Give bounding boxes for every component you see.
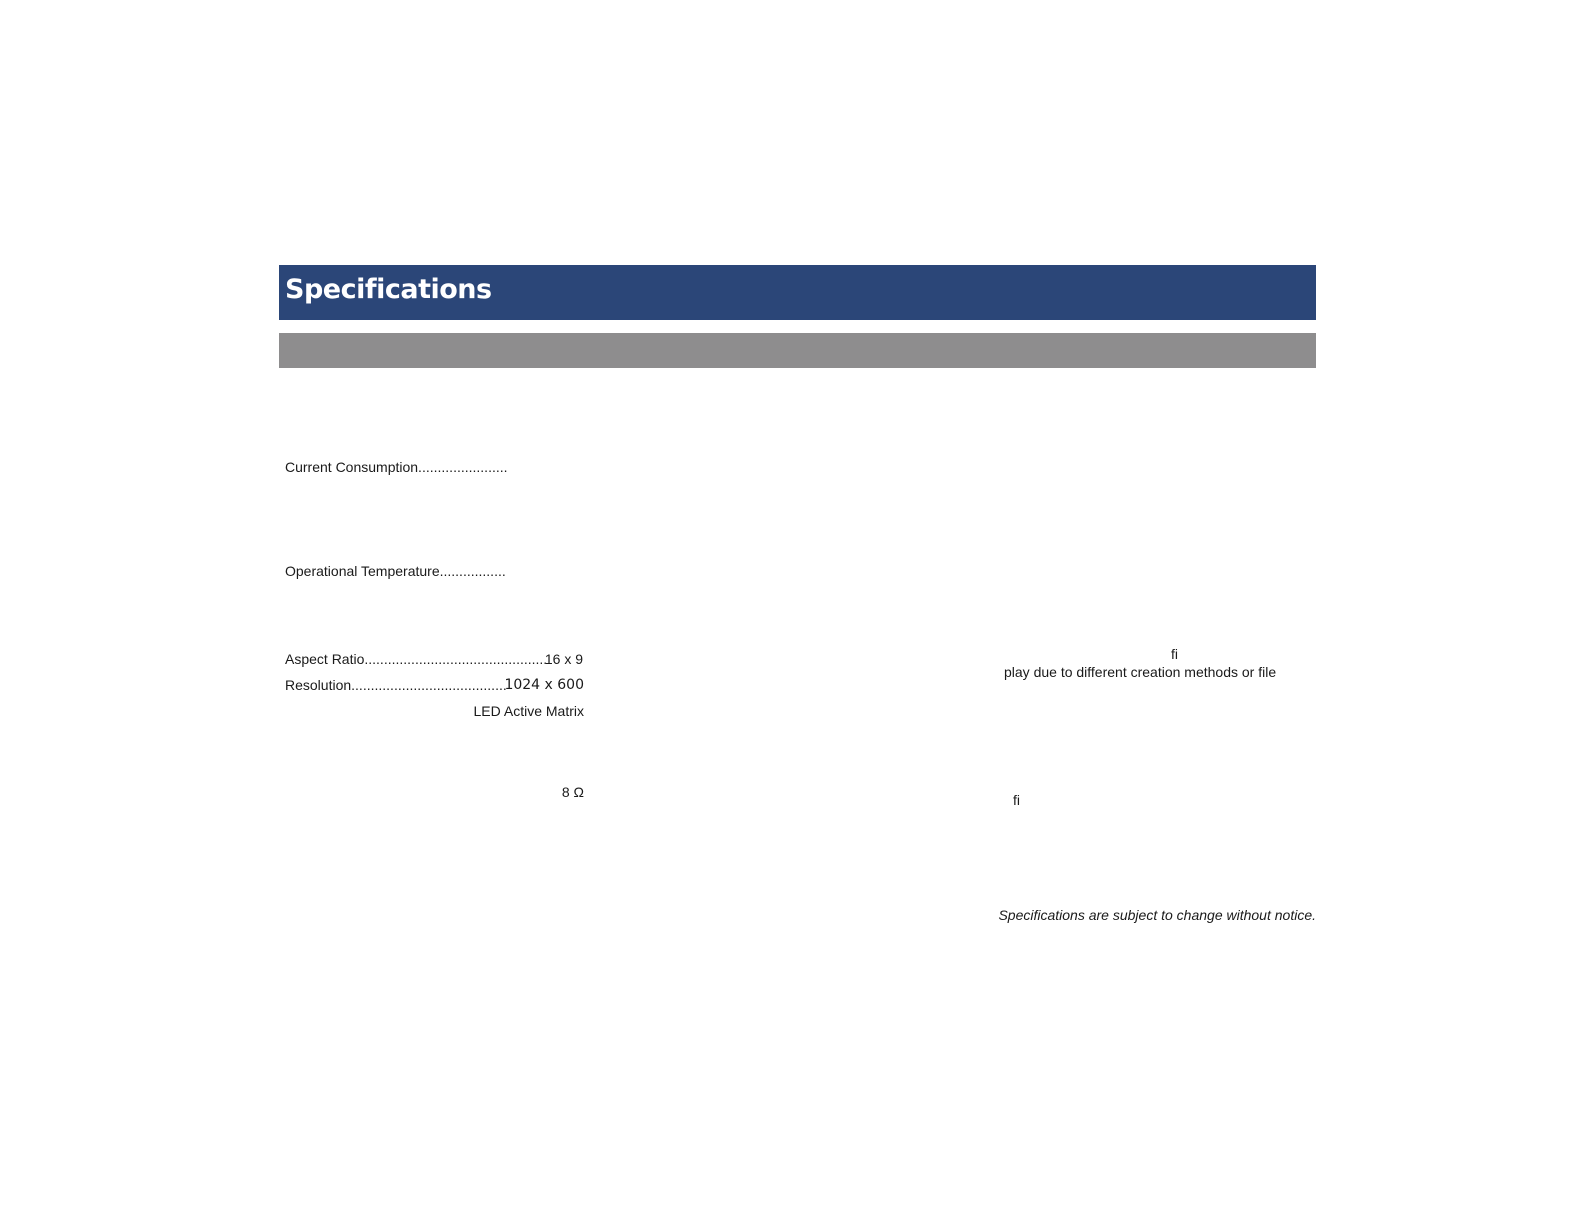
spec-impedance-value: 8 Ω [500,783,584,801]
spec-resolution-value: 1024 x 600 [485,676,584,694]
spec-page: Specifications Current Consumption......… [0,0,1584,1224]
note-fragment-ligature-2: fi [1013,791,1020,809]
section-divider-bar [279,333,1316,368]
page-title: Specifications [285,274,492,305]
title-bar: Specifications [279,265,1316,320]
spec-operational-temperature-label: Operational Temperature................. [285,562,506,580]
spec-current-consumption-label: Current Consumption.....................… [285,458,508,476]
disclaimer-notice: Specifications are subject to change wit… [900,906,1316,924]
spec-resolution-label: Resolution..............................… [285,676,507,694]
note-fragment-display-text: play due to different creation methods o… [1004,663,1276,681]
spec-aspect-ratio-value: 16 x 9 [485,650,583,668]
spec-display-type-value: LED Active Matrix [400,702,584,720]
note-fragment-ligature-1: fi [1171,645,1178,663]
